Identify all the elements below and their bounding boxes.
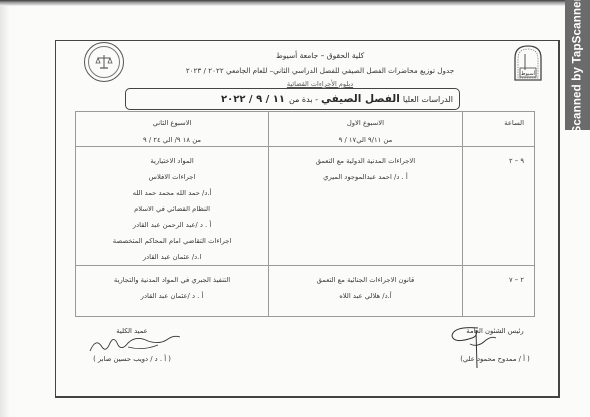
week1-range: من ٩/١١ الي١٧ / ٩ bbox=[269, 135, 462, 146]
title-prefix: الدراسات العليا bbox=[403, 95, 453, 104]
course-name: النظام القضائي في الاسلام bbox=[76, 201, 268, 217]
course-name: اجراءات الافلاس bbox=[76, 169, 268, 185]
instructor-name: أ.د/ هلالي عبد اللاه bbox=[269, 288, 462, 304]
course-name: قانون الاجراءات الجنائية مع التعمق bbox=[269, 272, 462, 288]
instructor-name: أ.د/ حمد الله محمد حمد الله bbox=[76, 185, 268, 201]
row-week1-cell: قانون الاجراءات الجنائية مع التعمق أ.د/ … bbox=[269, 266, 463, 317]
scanner-watermark: Scanned by TapScanner bbox=[565, 0, 590, 130]
header-week1: الاسبوع الاول من ٩/١١ الي١٧ / ٩ bbox=[269, 112, 463, 147]
instructor-name: أ . د /عبد الرحمن عبد القادر bbox=[76, 217, 268, 233]
title-start-label: - بدة من bbox=[289, 95, 318, 104]
week2-label: الاسبوع الثاني bbox=[76, 118, 268, 129]
instructor-name: أ . د/ احمد عبدالموجود الميري bbox=[269, 169, 462, 185]
week1-label: الاسبوع الاول bbox=[269, 118, 462, 129]
diploma-title: دبلوم الأجراءات القضائية bbox=[140, 80, 500, 88]
course-name: التنفيذ الجبري في المواد المدنية والتجار… bbox=[76, 272, 268, 288]
scanner-watermark-text: Scanned by TapScanner bbox=[572, 0, 584, 133]
header-time: الساعة bbox=[462, 112, 534, 147]
instructor-name: ا.د/ عثمان عبد القادر bbox=[76, 249, 268, 265]
row-time: ٩ – ٢ bbox=[462, 147, 534, 266]
title-term: الفصل الصيفي bbox=[321, 93, 400, 105]
table-row: ٩ – ٢ الاجراءات المدنية الدولية مع التعم… bbox=[76, 147, 535, 266]
scan-edge-shade bbox=[0, 0, 10, 417]
instructor-name: أ . د /عثمان عبد القادر bbox=[76, 288, 268, 304]
row-week2-cell: التنفيذ الجبري في المواد المدنية والتجار… bbox=[76, 266, 269, 317]
scan-top-edge bbox=[0, 0, 565, 6]
table-header-row: الساعة الاسبوع الاول من ٩/١١ الي١٧ / ٩ ا… bbox=[76, 112, 535, 147]
title-start-date: ١١ / ٩ / ٢٠٢٢ bbox=[221, 94, 285, 105]
term-title-box: الدراسات العليا الفصل الصيفي - بدة من ١١… bbox=[125, 88, 460, 110]
faculty-seal-logo bbox=[84, 42, 124, 82]
course-name: اجراءات التقاضي امام المحاكم المتخصصة bbox=[76, 233, 268, 249]
week2-range: من ١٨ ٩/ الي ٢٤ / ٩ bbox=[76, 135, 268, 146]
faculty-heading: كلية الحقوق – جامعة أسيوط bbox=[140, 51, 500, 60]
section-heading: المواد الاختيارية bbox=[76, 153, 268, 169]
university-logo: أسيوط bbox=[513, 44, 543, 82]
handwritten-signature-icon bbox=[88, 333, 183, 355]
header-week2: الاسبوع الثاني من ١٨ ٩/ الي ٢٤ / ٩ bbox=[76, 112, 269, 147]
row-week2-cell: المواد الاختيارية اجراءات الافلاس أ.د/ ح… bbox=[76, 147, 269, 266]
row-time: ٢ – ٧ bbox=[462, 266, 534, 317]
table-row: ٢ – ٧ قانون الاجراءات الجنائية مع التعمق… bbox=[76, 266, 535, 317]
course-name: الاجراءات المدنية الدولية مع التعمق bbox=[269, 153, 462, 169]
row-week1-cell: الاجراءات المدنية الدولية مع التعمق أ . … bbox=[269, 147, 463, 266]
handwritten-signature-icon bbox=[448, 322, 508, 372]
schedule-table: الساعة الاسبوع الاول من ٩/١١ الي١٧ / ٩ ا… bbox=[75, 111, 535, 317]
svg-text:أسيوط: أسيوط bbox=[521, 70, 536, 77]
scales-of-justice-icon bbox=[88, 46, 120, 78]
schedule-subtitle: جدول توزيع محاضرات الفصل الصيفي للفصل ال… bbox=[140, 66, 500, 75]
